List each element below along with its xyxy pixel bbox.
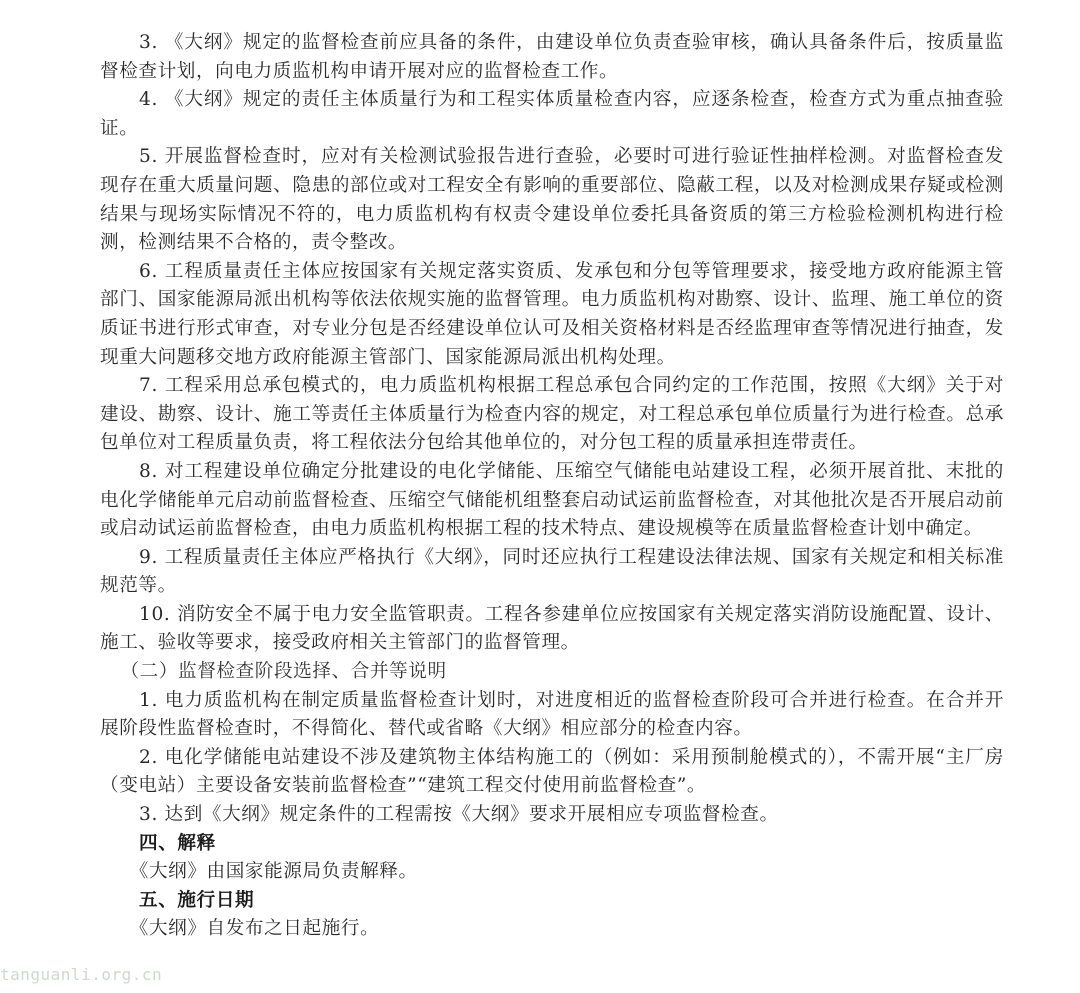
document-body: 3. 《大纲》规定的监督检查前应具备的条件，由建设单位负责查验审核，确认具备条件… — [100, 29, 1004, 944]
paragraph-item-7: 7. 工程采用总承包模式的，电力质监机构根据工程总承包合同约定的工作范围，按照《… — [100, 372, 1004, 458]
paragraph-item-8: 8. 对工程建设单位确定分批建设的电化学储能、压缩空气储能电站建设工程，必须开展… — [100, 458, 1004, 544]
stage-paragraph-1: 1. 电力质监机构在制定质量监督检查计划时，对进度相近的监督检查阶段可合并进行检… — [100, 687, 1004, 744]
stage-paragraph-3: 3. 达到《大纲》规定条件的工程需按《大纲》要求开展相应专项监督检查。 — [100, 801, 1004, 830]
paragraph-item-9: 9. 工程质量责任主体应严格执行《大纲》，同时还应执行工程建设法律法规、国家有关… — [100, 544, 1004, 601]
paragraph-item-5: 5. 开展监督检查时，应对有关检测试验报告进行查验，必要时可进行验证性抽样检测。… — [100, 143, 1004, 257]
paragraph-item-3: 3. 《大纲》规定的监督检查前应具备的条件，由建设单位负责查验审核，确认具备条件… — [100, 29, 1004, 86]
stage-paragraph-2: 2. 电化学储能电站建设不涉及建筑物主体结构施工的（例如：采用预制舱模式的），不… — [100, 744, 1004, 801]
effective-date-text: 《大纲》自发布之日起施行。 — [100, 915, 1004, 944]
section-heading-effective-date: 五、施行日期 — [100, 887, 1004, 916]
paragraph-item-4: 4. 《大纲》规定的责任主体质量行为和工程实体质量检查内容，应逐条检查，检查方式… — [100, 86, 1004, 143]
interpretation-text: 《大纲》由国家能源局负责解释。 — [100, 858, 1004, 887]
paragraph-item-6: 6. 工程质量责任主体应按国家有关规定落实资质、发承包和分包等管理要求，接受地方… — [100, 258, 1004, 372]
section-heading-interpretation: 四、解释 — [100, 830, 1004, 859]
watermark: tanguanli.org.cn — [0, 965, 162, 984]
subsection-title: （二）监督检查阶段选择、合并等说明 — [100, 658, 1004, 687]
paragraph-item-10: 10. 消防安全不属于电力安全监管职责。工程各参建单位应按国家有关规定落实消防设… — [100, 601, 1004, 658]
